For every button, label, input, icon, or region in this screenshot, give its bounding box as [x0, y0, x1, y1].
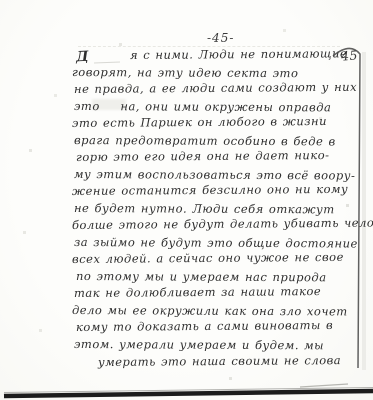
handwritten-line: болше этого не будут делать убивать чело…: [72, 217, 373, 231]
handwritten-line: дело мы ее окружили как она зло хочет: [72, 305, 348, 318]
handwritten-line: за зыймо не будут это общие достояние: [74, 237, 358, 250]
handwritten-line: жение останится безсилно оно ни кому: [72, 184, 348, 198]
handwritten-line: му этим воспользоваться это всё воору-: [74, 169, 355, 182]
handwritten-line: всех людей. а сейчас оно чужое не свое: [72, 252, 344, 266]
scan-artifact-dash: [94, 62, 120, 64]
handwritten-line: врага предотвратит особино в беде в: [74, 135, 336, 148]
handwritten-line: по этому мы и умераем нас природа: [76, 271, 327, 284]
handwritten-line: так не долюбливает за наши такое: [74, 286, 321, 299]
handwritten-line: говорят, на эту идею секта это: [72, 67, 298, 80]
handwritten-line: горю это его идея она не дает нико-: [76, 150, 330, 163]
page-header-number: -45-: [207, 31, 234, 45]
handwritten-line: не правда, а ее люди сами создают у них: [74, 82, 357, 96]
handwritten-line: не будет нутно. Люди себя откажут: [74, 203, 335, 216]
handwritten-line: это на, они ими окружены оправда: [74, 101, 331, 114]
page-edge-shadow: [362, 52, 366, 370]
handwritten-line: я с ними. Люди не понимающие: [130, 48, 347, 61]
handwritten-line: этом. умерали умераем и будем. мы: [74, 339, 324, 352]
handwritten-line: это есть Паршек он любого в жизни: [72, 116, 327, 130]
scan-specks: [0, 0, 1, 1]
handwritten-line: умерать это наша своими не слова: [98, 355, 341, 368]
scanned-page: -45- 45 Д я с ними. Люди не понимающие г…: [0, 0, 373, 400]
handwritten-line: кому то доказать а сами виноваты в: [76, 320, 333, 334]
margin-letter: Д: [76, 49, 89, 66]
scan-bottom-edge: [4, 391, 373, 396]
